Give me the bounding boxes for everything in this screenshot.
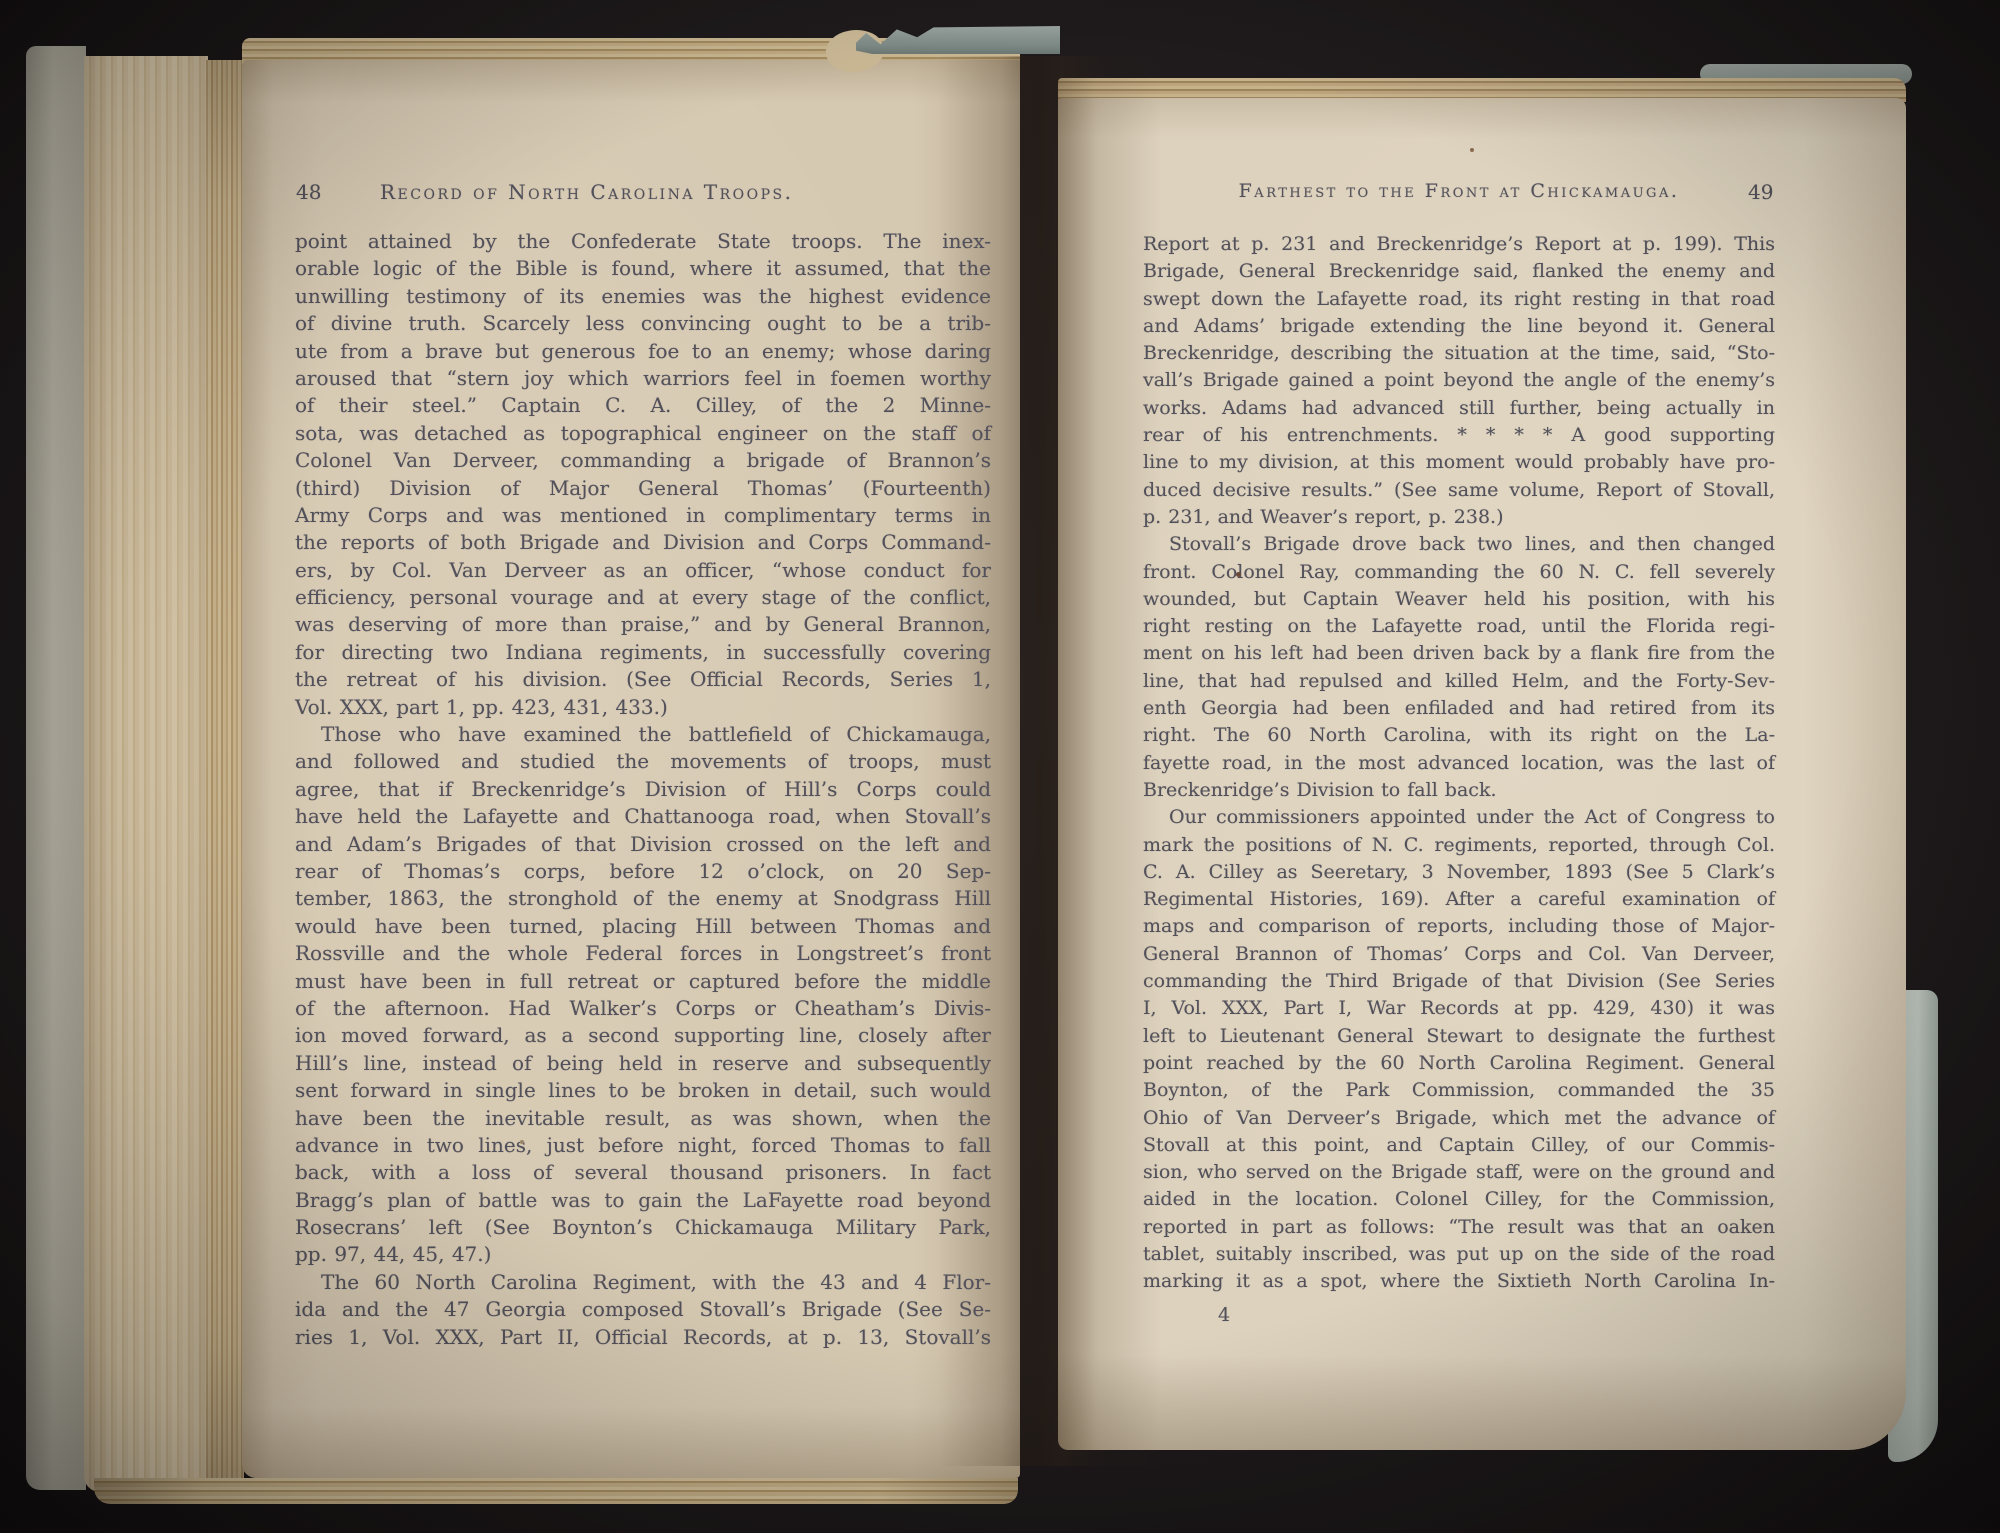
- left-running-header: Record of North Carolina Troops.: [380, 180, 794, 204]
- text-line: the retreat of his division. (See Offici…: [295, 666, 991, 693]
- text-line: of their steel.” Captain C. A. Cilley, o…: [295, 392, 991, 419]
- text-line: ers, by Col. Van Derveer as an officer, …: [295, 557, 991, 584]
- text-line: line, that had repulsed and killed Helm,…: [1143, 668, 1775, 695]
- text-line: tember, 1863, the stronghold of the enem…: [295, 885, 991, 912]
- text-line: for directing two Indiana regiments, in …: [295, 639, 991, 666]
- text-line: Breckenridge, describing the situation a…: [1143, 340, 1775, 367]
- text-line: ment on his left had been driven back by…: [1143, 640, 1775, 667]
- text-line: rear of his entrenchments. * * * * A goo…: [1143, 422, 1775, 449]
- text-line: Brigade, General Breckenridge said, flan…: [1143, 258, 1775, 285]
- text-line: Bragg’s plan of battle was to gain the L…: [295, 1187, 991, 1214]
- page-edges-left-stack: [84, 56, 208, 1492]
- text-line: ute from a brave but generous foe to an …: [295, 338, 991, 365]
- text-line: of the afternoon. Had Walker’s Corps or …: [295, 995, 991, 1022]
- text-line: I, Vol. XXX, Part I, War Records at pp. …: [1143, 995, 1775, 1022]
- text-line: the reports of both Brigade and Division…: [295, 529, 991, 556]
- text-line: and Adam’s Brigades of that Division cro…: [295, 831, 991, 858]
- text-line: right. The 60 North Carolina, with its r…: [1143, 722, 1775, 749]
- text-line: tablet, suitably inscribed, was put up o…: [1143, 1241, 1775, 1268]
- text-line: Ohio of Van Derveer’s Brigade, which met…: [1143, 1105, 1775, 1132]
- text-line: was deserving of more than praise,” and …: [295, 611, 991, 638]
- text-line: fayette road, in the most advanced locat…: [1143, 750, 1775, 777]
- text-line: p. 231, and Weaver’s report, p. 238.): [1143, 504, 1775, 531]
- text-line: commanding the Third Brigade of that Div…: [1143, 968, 1775, 995]
- text-line: vall’s Brigade gained a point beyond the…: [1143, 367, 1775, 394]
- text-line: point attained by the Confederate State …: [295, 228, 991, 255]
- text-line: General Brannon of Thomas’ Corps and Col…: [1143, 941, 1775, 968]
- text-line: mark the positions of N. C. regiments, r…: [1143, 832, 1775, 859]
- text-line: agree, that if Breckenridge’s Division o…: [295, 776, 991, 803]
- text-line: duced decisive results.” (See same volum…: [1143, 477, 1775, 504]
- text-line: Rossville and the whole Federal forces i…: [295, 940, 991, 967]
- right-running-header: Farthest to the Front at Chickamauga.: [1143, 180, 1775, 202]
- text-line: Regimental Histories, 169). After a care…: [1143, 886, 1775, 913]
- text-line: advance in two lines, just before night,…: [295, 1132, 991, 1159]
- right-page-number: 49: [1748, 180, 1773, 204]
- text-line: aided in the location. Colonel Cilley, f…: [1143, 1186, 1775, 1213]
- text-line: right resting on the Lafayette road, unt…: [1143, 613, 1775, 640]
- spine-cloth-fragment: [856, 26, 1060, 54]
- text-line: swept down the Lafayette road, its right…: [1143, 286, 1775, 313]
- text-line: line to my division, at this moment woul…: [1143, 449, 1775, 476]
- text-line: Colonel Van Derveer, commanding a brigad…: [295, 447, 991, 474]
- text-line: ida and the 47 Georgia composed Stovall’…: [295, 1296, 991, 1323]
- text-line: rear of Thomas’s corps, before 12 o’cloc…: [295, 858, 991, 885]
- text-line: reported in part as follows: “The result…: [1143, 1214, 1775, 1241]
- text-line: point reached by the 60 North Carolina R…: [1143, 1050, 1775, 1077]
- text-line: (third) Division of Major General Thomas…: [295, 475, 991, 502]
- text-line: maps and comparison of reports, includin…: [1143, 913, 1775, 940]
- text-line: have been the inevitable result, as was …: [295, 1105, 991, 1132]
- text-line: wounded, but Captain Weaver held his pos…: [1143, 586, 1775, 613]
- text-line: Breckenridge’s Division to fall back.: [1143, 777, 1775, 804]
- text-line: Report at p. 231 and Breckenridge’s Repo…: [1143, 231, 1775, 258]
- text-line: Vol. XXX, part 1, pp. 423, 431, 433.): [295, 694, 991, 721]
- text-line: aroused that “stern joy which warriors f…: [295, 365, 991, 392]
- text-line: The 60 North Carolina Regiment, with the…: [295, 1269, 991, 1296]
- text-line: Hill’s line, instead of being held in re…: [295, 1050, 991, 1077]
- photo-speck: [1470, 148, 1474, 152]
- left-page-number: 48: [296, 180, 321, 204]
- text-line: Rosecrans’ left (See Boynton’s Chickamau…: [295, 1214, 991, 1241]
- page-edges-inner-band: [206, 60, 244, 1488]
- text-line: Boynton, of the Park Commission, command…: [1143, 1077, 1775, 1104]
- text-line: unwilling testimony of its enemies was t…: [295, 283, 991, 310]
- text-line: Those who have examined the battlefield …: [295, 721, 991, 748]
- text-line: Army Corps and was mentioned in complime…: [295, 502, 991, 529]
- text-line: sota, was detached as topographical engi…: [295, 420, 991, 447]
- text-line: marking it as a spot, where the Sixtieth…: [1143, 1268, 1775, 1295]
- text-line: Stovall at this point, and Captain Cille…: [1143, 1132, 1775, 1159]
- photo-speck: [520, 1140, 524, 1144]
- text-line: C. A. Cilley as Seeretary, 3 November, 1…: [1143, 859, 1775, 886]
- page-edges-bottom-stack: [94, 1478, 1018, 1504]
- right-page-text: Report at p. 231 and Breckenridge’s Repo…: [1143, 231, 1775, 1296]
- text-line: Stovall’s Brigade drove back two lines, …: [1143, 531, 1775, 558]
- text-line: and Adams’ brigade extending the line be…: [1143, 313, 1775, 340]
- book-cover-left-edge: [26, 46, 86, 1490]
- text-line: and followed and studied the movements o…: [295, 748, 991, 775]
- text-line: sent forward in single lines to be broke…: [295, 1077, 991, 1104]
- text-line: efficiency, personal vourage and at ever…: [295, 584, 991, 611]
- text-line: have held the Lafayette and Chattanooga …: [295, 803, 991, 830]
- text-line: orable logic of the Bible is found, wher…: [295, 255, 991, 282]
- text-line: ion moved forward, as a second supportin…: [295, 1022, 991, 1049]
- text-line: works. Adams had advanced still further,…: [1143, 395, 1775, 422]
- text-line: Our commissioners appointed under the Ac…: [1143, 804, 1775, 831]
- text-line: back, with a loss of several thousand pr…: [295, 1159, 991, 1186]
- left-page-text: point attained by the Confederate State …: [295, 228, 991, 1351]
- text-line: left to Lieutenant General Stewart to de…: [1143, 1023, 1775, 1050]
- text-line: sion, who served on the Brigade staff, w…: [1143, 1159, 1775, 1186]
- photo-speck: [1236, 572, 1241, 577]
- text-line: pp. 97, 44, 45, 47.): [295, 1241, 991, 1268]
- text-line: must have been in full retreat or captur…: [295, 968, 991, 995]
- text-line: would have been turned, placing Hill bet…: [295, 913, 991, 940]
- book-photo: 48 Record of North Carolina Troops. Fart…: [0, 0, 2000, 1533]
- signature-mark: 4: [1218, 1304, 1230, 1326]
- text-line: of divine truth. Scarcely less convincin…: [295, 310, 991, 337]
- text-line: ries 1, Vol. XXX, Part II, Official Reco…: [295, 1324, 991, 1351]
- text-line: enth Georgia had been enfiladed and had …: [1143, 695, 1775, 722]
